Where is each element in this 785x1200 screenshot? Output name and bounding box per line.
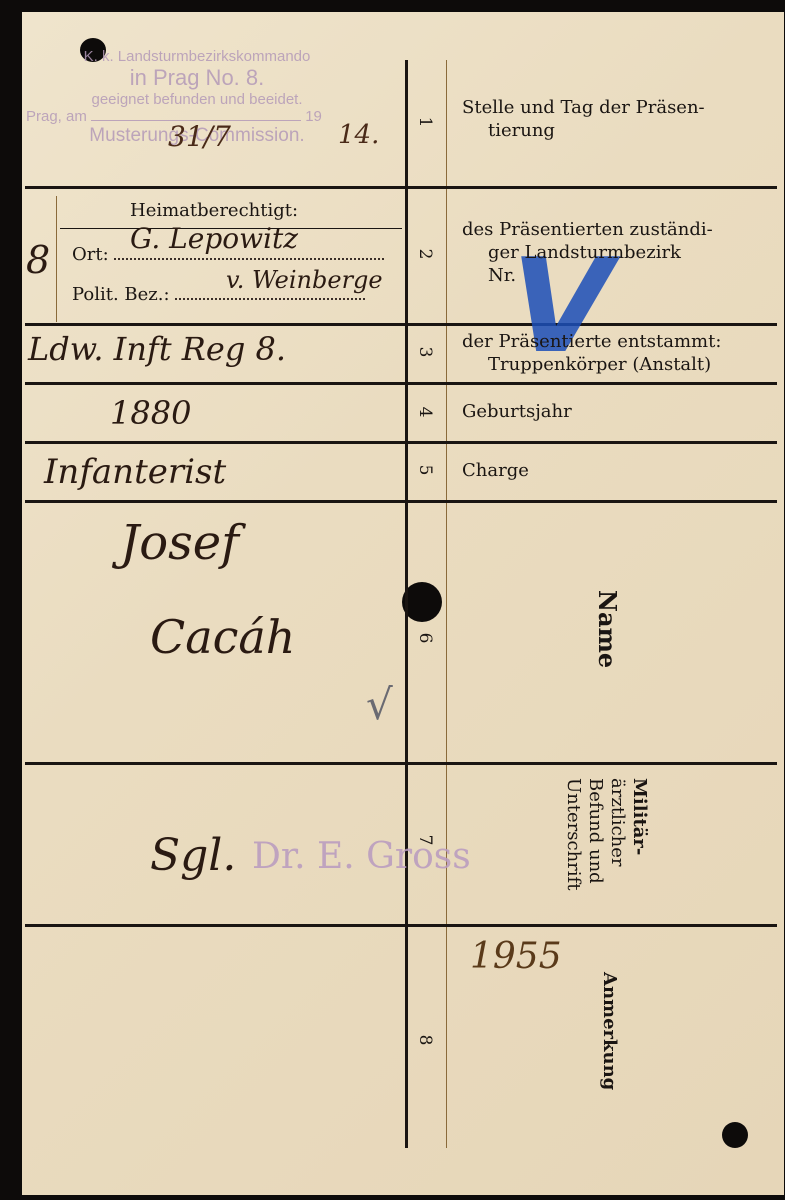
handwritten-first-name: Josef: [120, 515, 239, 571]
row-label-6: Name: [596, 590, 618, 668]
heimat-left-divider: [56, 196, 57, 322]
handwritten-year: 14.: [338, 120, 379, 150]
row-number-7: 7: [415, 823, 435, 857]
row-number-6: 6: [415, 621, 435, 655]
row-divider-3: [25, 382, 777, 385]
row-number-3: 3: [415, 335, 435, 369]
row-number-2: 2: [415, 237, 435, 271]
stamp-line-3: geeignet befunden und beeidet.: [22, 91, 372, 108]
handwritten-row2-prefix: 8: [26, 238, 50, 282]
polit-bez-label: Polit. Bez.:: [72, 284, 170, 305]
row-divider-6: [25, 762, 777, 765]
center-divider: [405, 60, 408, 1148]
stamp-line-2: in Prag No. 8.: [22, 65, 372, 91]
handwritten-row8-number: 1955: [470, 936, 562, 977]
handwritten-polit-bez: v. Weinberge: [226, 266, 383, 294]
row-label-7-line1: Militär-: [629, 778, 650, 855]
handwritten-ort: G. Lepowitz: [130, 222, 298, 255]
row-label-3-line1: der Präsentierte entstammt:: [462, 331, 721, 352]
row-label-7-line3: Befund und: [585, 778, 606, 884]
row-label-2-line2: ger Landsturmbezirk: [462, 241, 713, 264]
number-column-divider: [446, 60, 447, 1148]
row-label-4: Geburtsjahr: [462, 400, 572, 423]
handwritten-row3: Ldw. Inft Reg 8.: [28, 330, 286, 368]
row-label-7-line2: ärztlicher: [607, 778, 628, 867]
row-label-7-line4: Unterschrift: [563, 778, 584, 890]
row-label-1-line2: tierung: [462, 119, 705, 142]
doctor-stamp: Dr. E. Gross: [252, 836, 471, 877]
handwritten-date: 31/7: [168, 120, 231, 153]
row-label-2-line1: des Präsentierten zuständi-: [462, 219, 713, 240]
row-label-3-line2: Truppenkörper (Anstalt): [462, 353, 721, 376]
row-label-2-line3: Nr.: [462, 264, 713, 287]
row-label-2: des Präsentierten zuständi- ger Landstur…: [462, 218, 713, 287]
row-label-3: der Präsentierte entstammt: Truppenkörpe…: [462, 330, 721, 376]
punch-hole-bottom-right: [722, 1122, 748, 1148]
row-divider-7: [25, 924, 777, 927]
handwritten-row4: 1880: [110, 394, 191, 432]
stamp-year-prefix: 19: [305, 108, 322, 125]
row-divider-4: [25, 441, 777, 444]
punch-hole-middle: [402, 582, 442, 622]
heimat-title: Heimatberechtigt:: [130, 200, 298, 221]
row-label-1: Stelle und Tag der Präsen- tierung: [462, 96, 705, 142]
check-mark: √: [366, 680, 393, 729]
row-divider-5: [25, 500, 777, 503]
row-divider-2: [25, 323, 777, 326]
stamp-line-1: K. k. Landsturmbezirkskommando: [22, 48, 372, 65]
ort-label: Ort:: [72, 244, 109, 265]
row-label-7: Militär- ärztlicher Befund und Unterschr…: [562, 778, 650, 890]
handwritten-row5: Infanterist: [44, 452, 226, 492]
row-label-5: Charge: [462, 459, 529, 482]
row-number-1: 1: [415, 105, 435, 139]
row-number-5: 5: [415, 453, 435, 487]
stamp-date-prefix: Prag, am: [26, 108, 87, 125]
row-divider-1: [25, 186, 777, 189]
row-number-4: 4: [415, 395, 435, 429]
handwritten-last-name: Cacáh: [150, 610, 295, 664]
row-label-1-line1: Stelle und Tag der Präsen-: [462, 97, 705, 118]
row-number-8: 8: [415, 1023, 435, 1057]
row-label-8: Anmerkung: [598, 972, 620, 1090]
handwritten-signature: Sgl.: [150, 830, 236, 881]
